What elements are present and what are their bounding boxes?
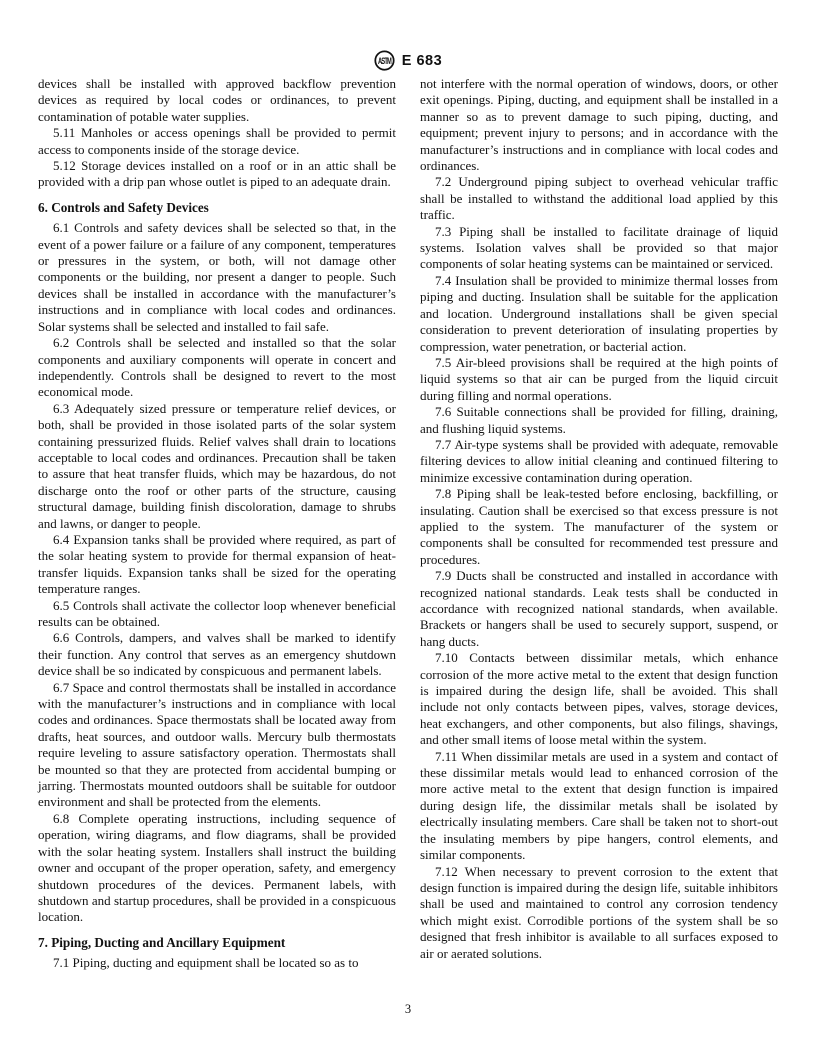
body-paragraph: 7.7 Air-type systems shall be provided w…	[420, 437, 778, 486]
body-paragraph: 7.10 Contacts between dissimilar metals,…	[420, 650, 778, 748]
section-heading: 6. Controls and Safety Devices	[38, 200, 396, 216]
body-paragraph: 6.8 Complete operating instructions, inc…	[38, 811, 396, 926]
section-heading: 7. Piping, Ducting and Ancillary Equipme…	[38, 935, 396, 951]
svg-text:ASTM: ASTM	[378, 56, 392, 67]
astm-logo-icon: ASTM	[374, 50, 395, 71]
left-column: devices shall be installed with approved…	[38, 76, 396, 972]
body-paragraph: 7.5 Air-bleed provisions shall be requir…	[420, 355, 778, 404]
body-paragraph: 7.3 Piping shall be installed to facilit…	[420, 224, 778, 273]
body-paragraph: 7.1 Piping, ducting and equipment shall …	[38, 955, 396, 971]
body-paragraph: 6.4 Expansion tanks shall be provided wh…	[38, 532, 396, 598]
body-paragraph: 5.11 Manholes or access openings shall b…	[38, 125, 396, 158]
body-paragraph: 5.12 Storage devices installed on a roof…	[38, 158, 396, 191]
body-paragraph: 6.6 Controls, dampers, and valves shall …	[38, 630, 396, 679]
body-paragraph: 7.11 When dissimilar metals are used in …	[420, 749, 778, 864]
body-paragraph: 7.9 Ducts shall be constructed and insta…	[420, 568, 778, 650]
page-header: ASTM E 683	[0, 50, 816, 71]
body-paragraph: 6.3 Adequately sized pressure or tempera…	[38, 401, 396, 532]
body-paragraph: 6.5 Controls shall activate the collecto…	[38, 598, 396, 631]
body-paragraph: 6.2 Controls shall be selected and insta…	[38, 335, 396, 401]
page-footer: 3	[0, 1002, 816, 1017]
body-paragraph: 7.4 Insulation shall be provided to mini…	[420, 273, 778, 355]
body-paragraph: not interfere with the normal operation …	[420, 76, 778, 174]
body-paragraph: devices shall be installed with approved…	[38, 76, 396, 125]
body-paragraph: 7.2 Underground piping subject to overhe…	[420, 174, 778, 223]
body-paragraph: 7.8 Piping shall be leak-tested before e…	[420, 486, 778, 568]
right-column: not interfere with the normal operation …	[420, 76, 778, 972]
body-paragraph: 6.7 Space and control thermostats shall …	[38, 680, 396, 811]
document-page: ASTM E 683 devices shall be installed wi…	[0, 0, 816, 1056]
body-paragraph: 7.12 When necessary to prevent corrosion…	[420, 864, 778, 962]
standard-designation: E 683	[402, 53, 442, 69]
page-number: 3	[405, 1002, 411, 1016]
two-column-body: devices shall be installed with approved…	[38, 76, 778, 972]
body-paragraph: 7.6 Suitable connections shall be provid…	[420, 404, 778, 437]
body-paragraph: 6.1 Controls and safety devices shall be…	[38, 220, 396, 335]
